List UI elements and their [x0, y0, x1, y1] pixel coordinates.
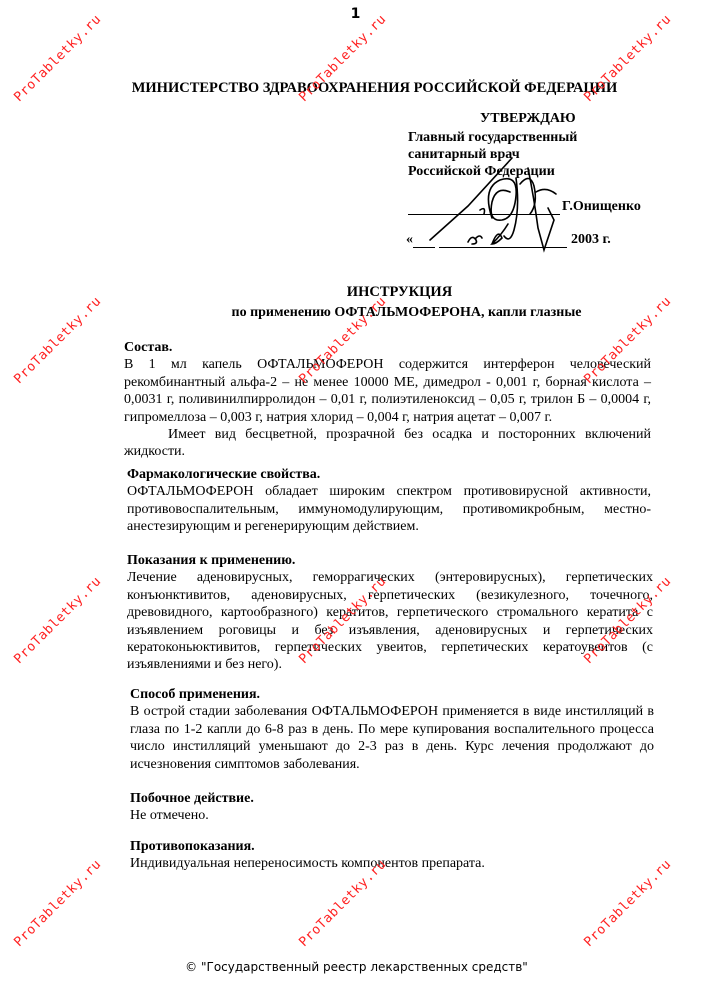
page-number: 1	[0, 6, 711, 22]
section-paragraph: Не отмечено.	[130, 807, 654, 824]
section-contraindications: Противопоказания. Индивидуальная неперен…	[130, 838, 654, 873]
section-heading: Побочное действие.	[130, 790, 654, 807]
section-paragraph: Имеет вид бесцветной, прозрачной без оса…	[124, 426, 651, 461]
handwritten-signature-icon	[420, 148, 580, 260]
date-open-quote: «	[406, 231, 413, 248]
section-heading: Фармакологические свойства.	[127, 466, 651, 483]
approval-heading: УТВЕРЖДАЮ	[408, 110, 641, 127]
section-indications: Показания к применению. Лечение аденовир…	[127, 552, 653, 674]
watermark: ProTabletky.ru	[11, 574, 104, 667]
section-pharmacology: Фармакологические свойства. ОФТАЛЬМОФЕРО…	[127, 466, 651, 536]
section-heading: Противопоказания.	[130, 838, 654, 855]
section-paragraph: В 1 мл капель ОФТАЛЬМОФЕРОН содержится и…	[124, 356, 651, 426]
section-paragraph: Лечение аденовирусных, геморрагических (…	[127, 569, 653, 673]
section-paragraph: ОФТАЛЬМОФЕРОН обладает широким спектром …	[127, 483, 651, 535]
section-paragraph: Индивидуальная непереносимость компонент…	[130, 855, 654, 872]
section-heading: Способ применения.	[130, 686, 654, 703]
approval-line: Главный государственный	[408, 129, 641, 146]
copyright-footer: © "Государственный реестр лекарственных …	[0, 960, 711, 974]
section-dosage: Способ применения. В острой стадии забол…	[130, 686, 654, 773]
section-side-effects: Побочное действие. Не отмечено.	[130, 790, 654, 825]
watermark: ProTabletky.ru	[11, 857, 104, 950]
section-paragraph: В острой стадии заболевания ОФТАЛЬМОФЕРО…	[130, 703, 654, 773]
section-composition: Состав. В 1 мл капель ОФТАЛЬМОФЕРОН соде…	[124, 339, 651, 461]
section-heading: Показания к применению.	[127, 552, 653, 569]
section-heading: Состав.	[124, 339, 651, 356]
document-title: ИНСТРУКЦИЯ	[0, 284, 711, 301]
